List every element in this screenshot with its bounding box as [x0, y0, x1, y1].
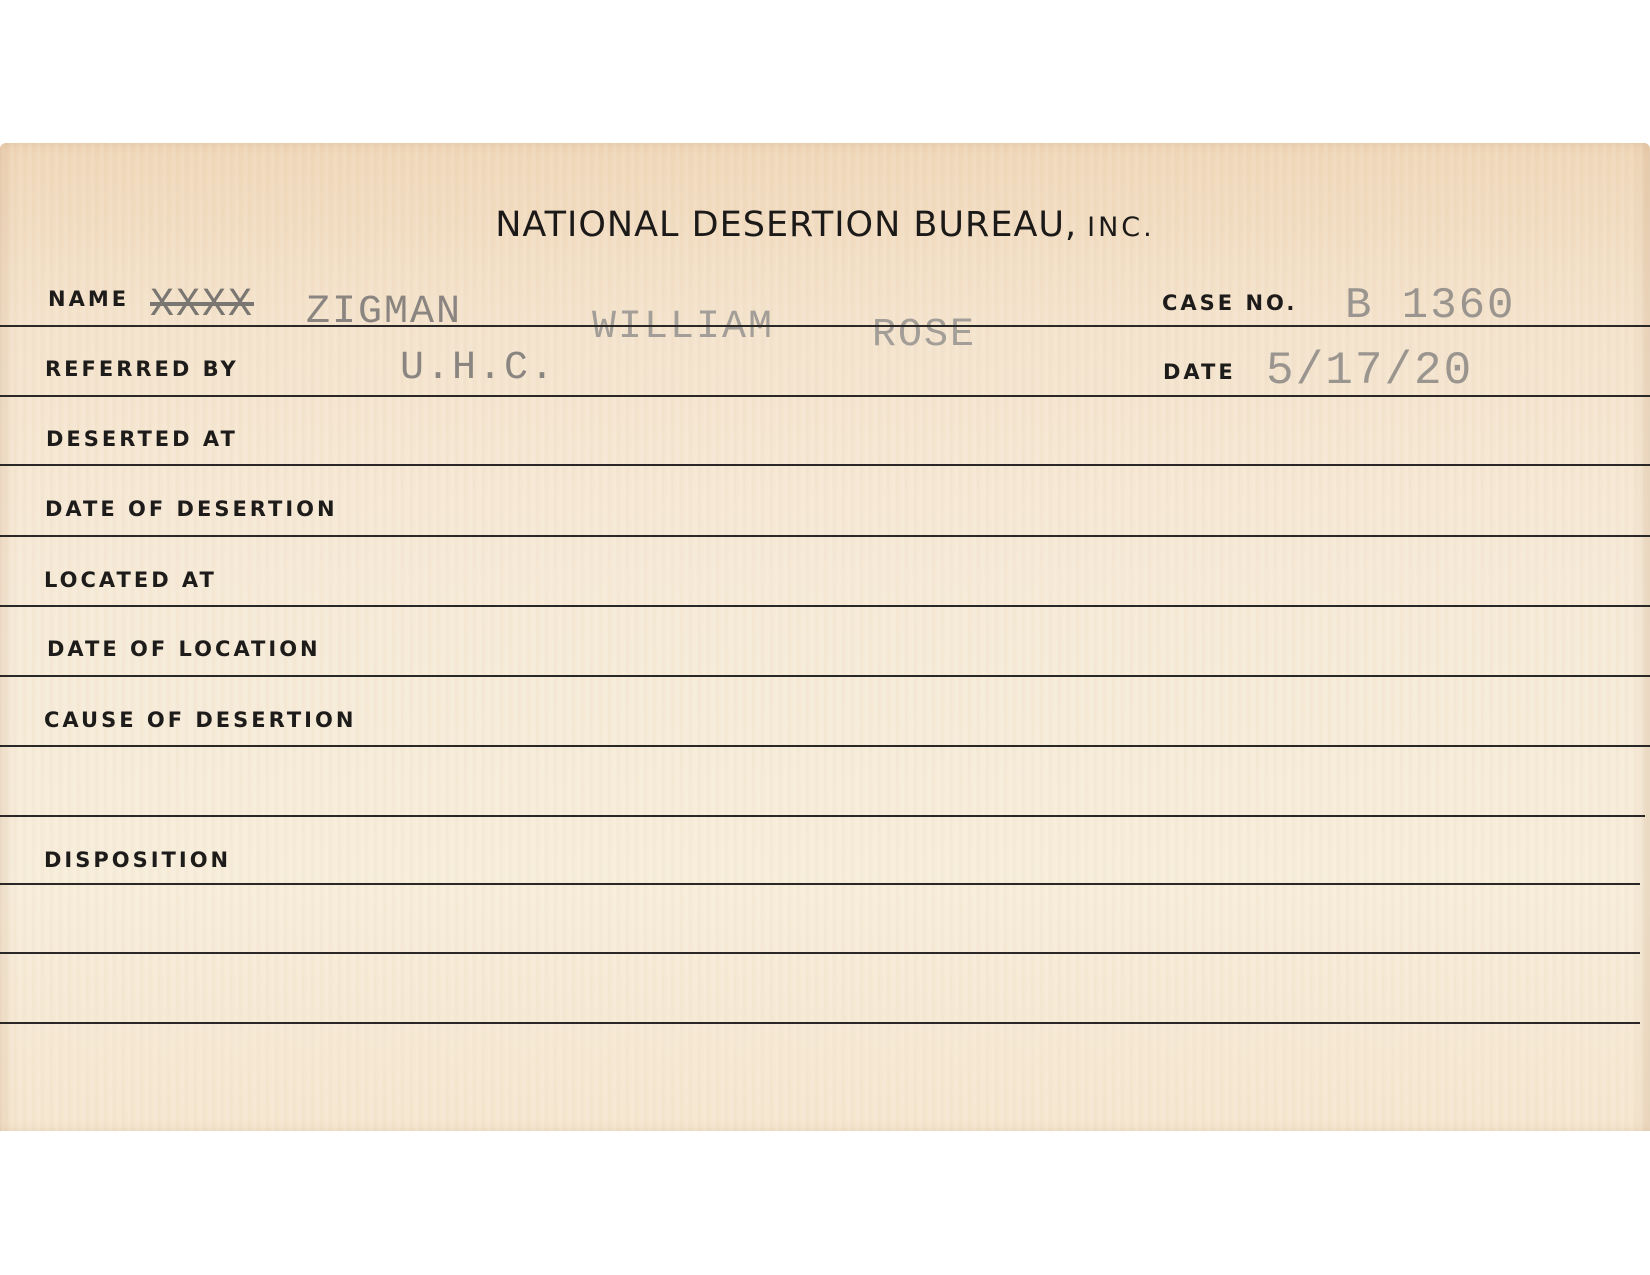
- rule-referred-by: [0, 395, 1650, 397]
- name-middle: ROSE: [872, 313, 976, 358]
- referred-by-value: U.H.C.: [400, 346, 556, 391]
- name-first: WILLIAM: [592, 305, 774, 350]
- name-surname: ZIGMAN: [306, 290, 462, 335]
- card-title: NATIONAL DESERTION BUREAU,INC.: [0, 205, 1650, 245]
- cause-of-desertion-label: CAUSE OF DESERTION: [44, 708, 356, 732]
- rule-located-at: [0, 605, 1650, 607]
- rule-disposition-3: [0, 1022, 1640, 1024]
- date-value: 5/17/20: [1266, 345, 1473, 397]
- rule-cause-continued: [0, 815, 1645, 817]
- disposition-label: DISPOSITION: [44, 848, 231, 872]
- date-of-desertion-label: DATE OF DESERTION: [45, 497, 338, 521]
- name-struck-value: XXXX: [150, 283, 254, 328]
- case-no-value: B 1360: [1345, 281, 1515, 331]
- rule-date-of-desertion: [0, 535, 1650, 537]
- name-label: NAME: [48, 287, 129, 311]
- date-label: DATE: [1163, 360, 1236, 384]
- rule-disposition: [0, 883, 1640, 885]
- rule-disposition-2: [0, 952, 1640, 954]
- rule-date-of-location: [0, 675, 1650, 677]
- rule-cause-of-desertion: [0, 745, 1650, 747]
- deserted-at-label: DESERTED AT: [46, 427, 238, 451]
- referred-by-label: REFERRED BY: [45, 357, 239, 381]
- rule-deserted-at: [0, 464, 1650, 466]
- title-text: NATIONAL DESERTION BUREAU,: [495, 205, 1077, 245]
- rule-name: [0, 325, 1650, 327]
- date-of-location-label: DATE OF LOCATION: [47, 637, 321, 661]
- title-suffix: INC.: [1087, 212, 1155, 243]
- case-no-label: CASE NO.: [1162, 291, 1297, 315]
- located-at-label: LOCATED AT: [44, 568, 217, 592]
